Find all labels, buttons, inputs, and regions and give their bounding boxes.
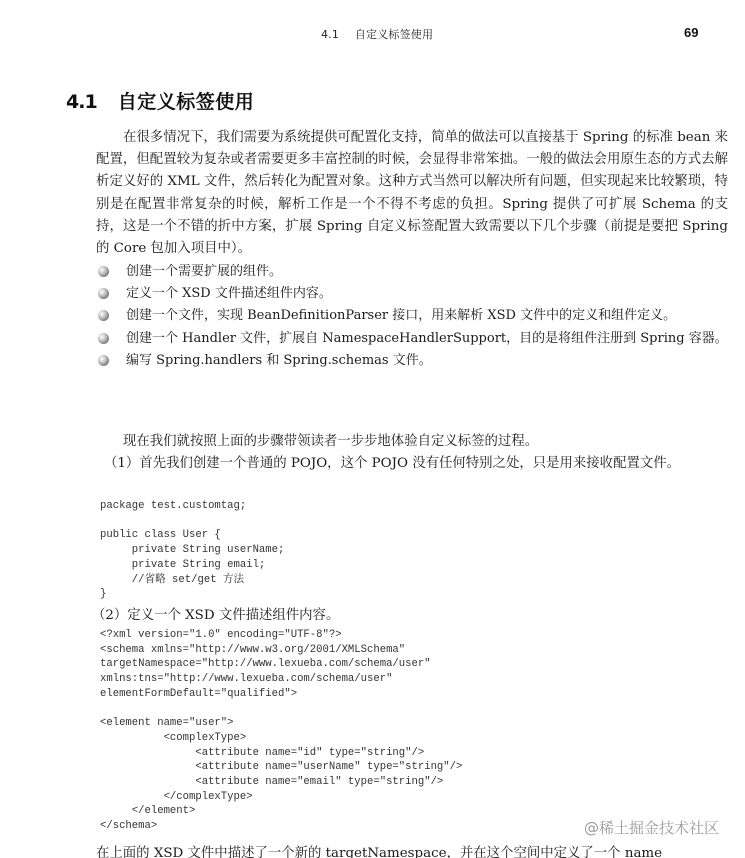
step-text: 创建一个文件，实现 BeanDefinitionParser 接口，用来解析 X… — [126, 308, 676, 323]
bullet-icon — [98, 310, 109, 321]
now-paragraph: 现在我们就按照上面的步骤带领读者一步步地体验自定义标签的过程。 — [96, 431, 728, 453]
bullet-icon — [98, 333, 109, 344]
step-text: 编写 Spring.handlers 和 Spring.schemas 文件。 — [126, 353, 432, 368]
intro-paragraph: 在很多情况下，我们需要为系统提供可配置化支持，简单的做法可以直接基于 Sprin… — [96, 127, 728, 260]
step2-paragraph: （2）定义一个 XSD 文件描述组件内容。 — [92, 605, 724, 627]
step-text: 创建一个需要扩展的组件。 — [126, 264, 282, 279]
bullet-icon — [98, 288, 109, 299]
list-item: 定义一个 XSD 文件描述组件内容。 — [96, 283, 728, 305]
step-text: 定义一个 XSD 文件描述组件内容。 — [126, 286, 332, 301]
step1-paragraph: （1）首先我们创建一个普通的 POJO，这个 POJO 没有任何特别之处，只是用… — [96, 453, 728, 475]
bullet-icon — [98, 355, 109, 366]
last-paragraph: 在上面的 XSD 文件中描述了一个新的 targetNamespace，并在这个… — [96, 843, 728, 858]
running-header-section-name: 自定义标签使用 — [355, 28, 433, 41]
watermark: @稀土掘金技术社区 — [584, 817, 719, 838]
section-heading: 4.1 自定义标签使用 — [66, 87, 254, 114]
bullet-icon — [98, 266, 109, 277]
running-header: 4.1 自定义标签使用 — [321, 26, 433, 42]
step-text: 创建一个 Handler 文件，扩展自 NamespaceHandlerSupp… — [126, 331, 728, 346]
steps-list: 创建一个需要扩展的组件。 定义一个 XSD 文件描述组件内容。 创建一个文件，实… — [96, 261, 728, 372]
section-heading-number: 4.1 — [66, 91, 97, 113]
code-block-java: package test.customtag; public class Use… — [100, 499, 284, 602]
section-heading-title: 自定义标签使用 — [118, 91, 255, 113]
list-item: 编写 Spring.handlers 和 Spring.schemas 文件。 — [96, 350, 728, 372]
running-header-section-number: 4.1 — [321, 28, 339, 41]
list-item: 创建一个文件，实现 BeanDefinitionParser 接口，用来解析 X… — [96, 305, 728, 327]
list-item: 创建一个需要扩展的组件。 — [96, 261, 728, 283]
page-number: 69 — [684, 25, 698, 40]
code-block-xsd: <?xml version="1.0" encoding="UTF-8"?> <… — [100, 628, 462, 834]
list-item: 创建一个 Handler 文件，扩展自 NamespaceHandlerSupp… — [96, 328, 728, 350]
